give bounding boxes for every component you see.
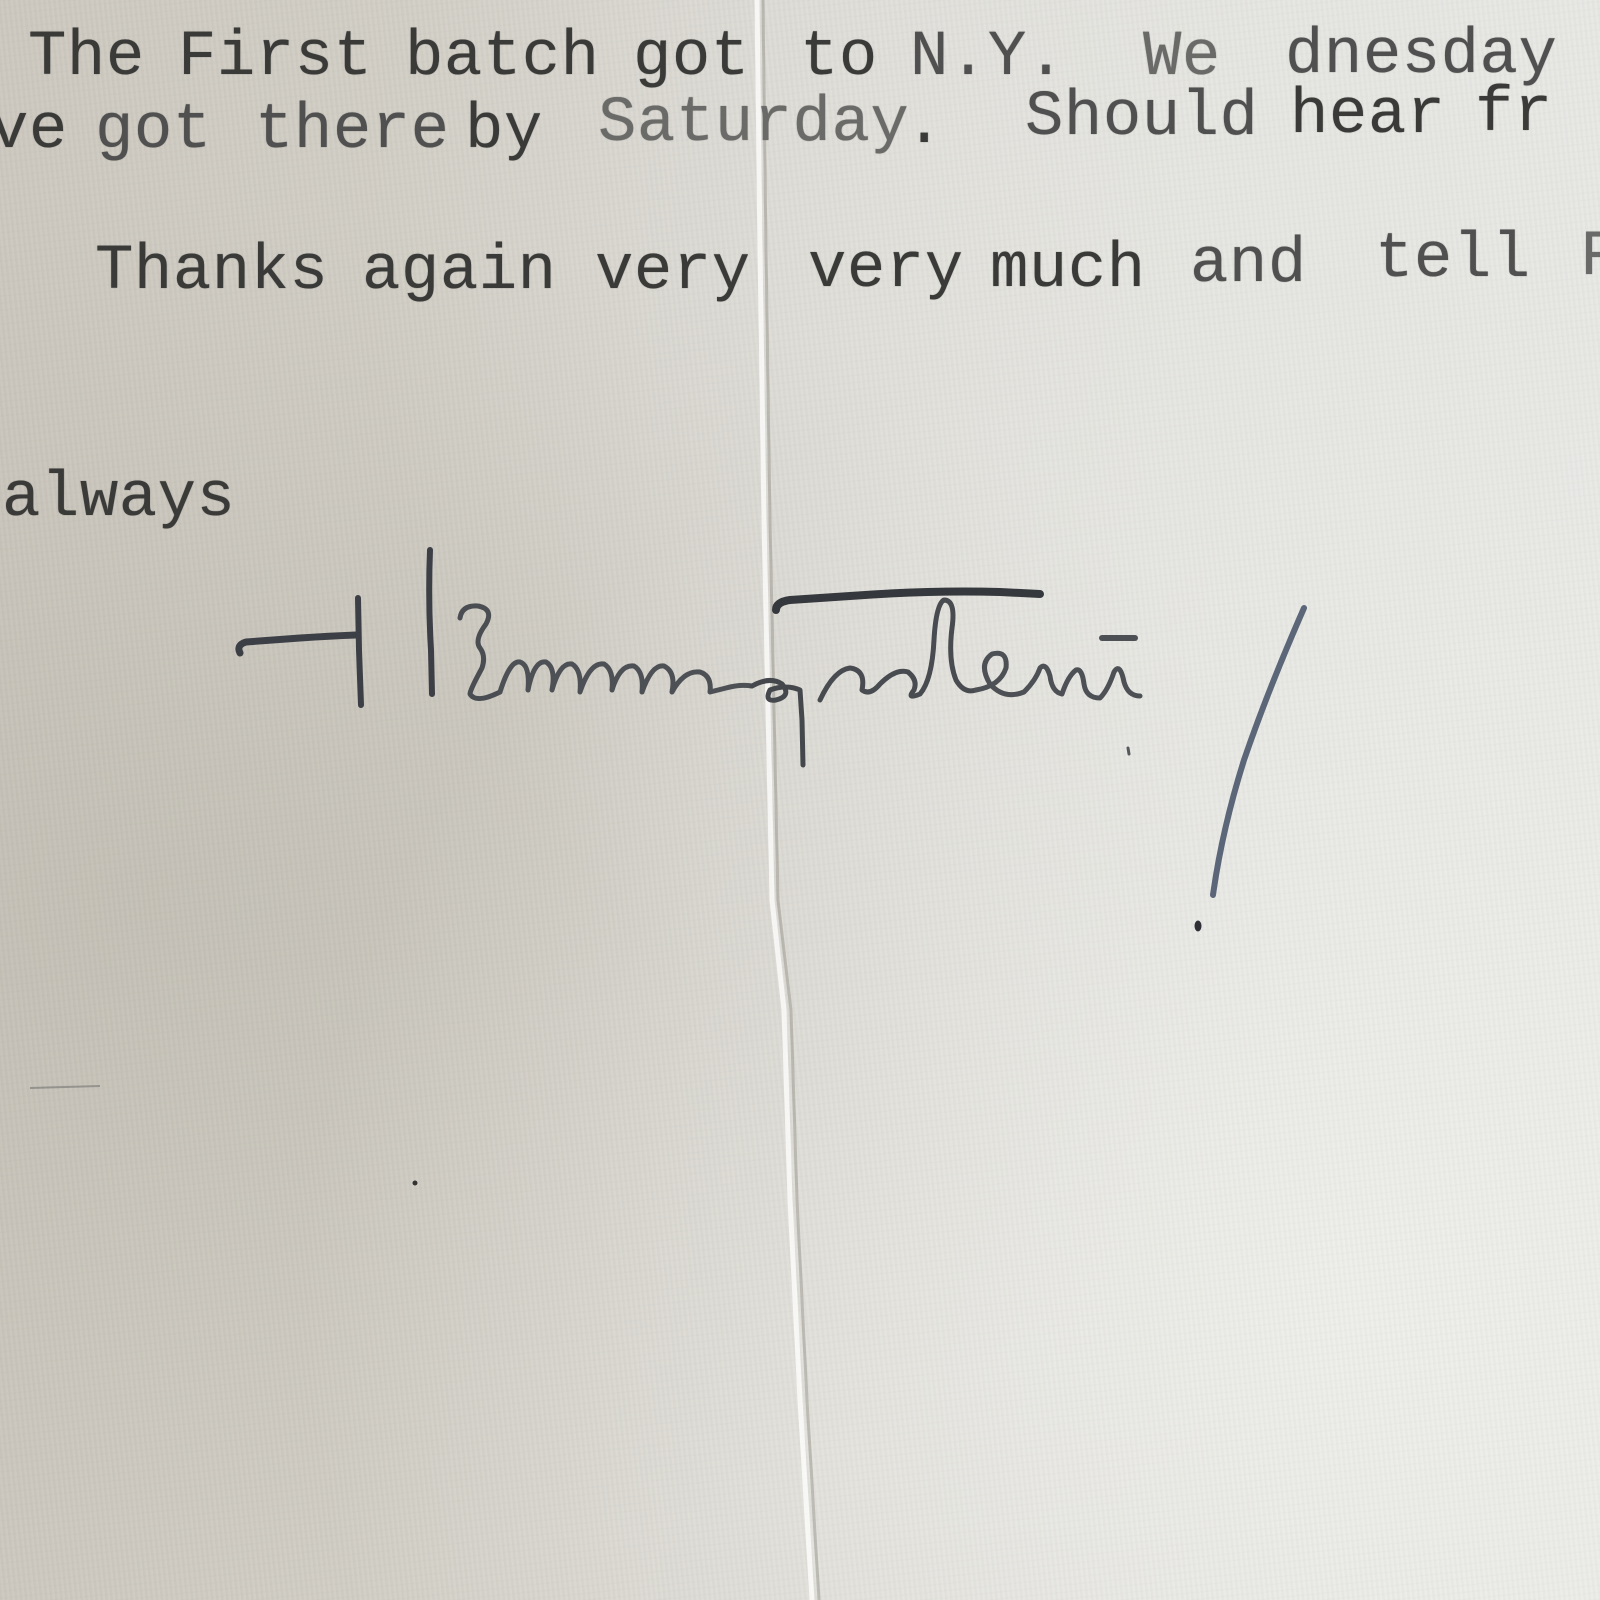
word: much <box>990 238 1146 302</box>
word: very <box>808 238 964 302</box>
word-partial: F <box>1580 226 1600 290</box>
word: got <box>95 99 212 163</box>
word: Saturday <box>598 92 909 156</box>
word: We <box>1143 26 1221 90</box>
paper-background: The First batch got to N.Y. We dnesday v… <box>0 0 1600 1600</box>
word: N.Y. <box>910 26 1066 90</box>
word: Should <box>1025 86 1258 150</box>
word: very <box>595 240 751 304</box>
closing-text: always <box>2 467 235 531</box>
word: again <box>362 240 557 304</box>
word: ve <box>0 99 68 163</box>
word: batch <box>405 26 600 90</box>
word: there <box>255 99 450 163</box>
word: fr <box>1475 82 1553 146</box>
word: First <box>178 26 373 90</box>
word: . <box>905 94 944 158</box>
word: and <box>1190 233 1307 297</box>
word: to <box>800 26 878 90</box>
word: Thanks <box>95 240 328 304</box>
word: The <box>28 26 145 90</box>
word: got <box>633 26 750 90</box>
word: tell <box>1375 228 1531 292</box>
word: by <box>465 99 543 163</box>
word: hear <box>1290 84 1446 148</box>
